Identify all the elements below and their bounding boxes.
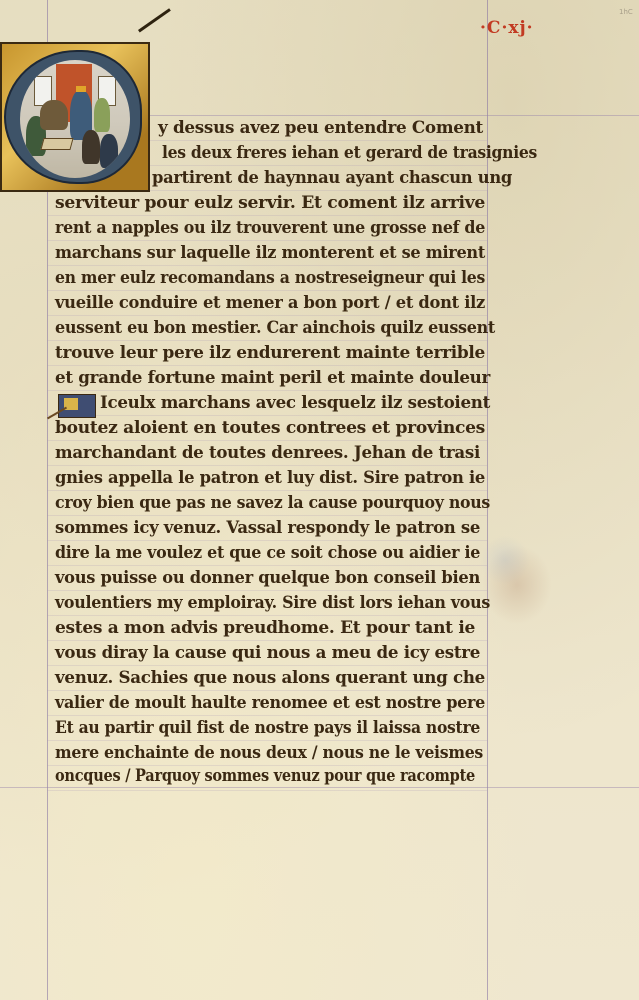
text-line: sommes icy venuz. Vassal respondy le pat… [55,518,480,537]
text-line: marchans sur laquelle ilz monterent et s… [55,243,485,262]
text-line: dire la me voulez et que ce soit chose o… [55,543,480,562]
text-line: vous diray la cause qui nous a meu de ic… [55,643,480,662]
text-line: oncques / Parquoy sommes venuz pour que … [55,766,475,785]
text-line: partirent de haynnau ayant chascun ung [152,168,512,187]
text-line: mere enchainte de nous deux / nous ne le… [55,743,483,762]
text-line: et grande fortune maint peril et mainte … [55,368,490,387]
text-line: serviteur pour eulz servir. Et coment il… [55,193,485,212]
text-line: rent a napples ou ilz trouverent une gro… [55,218,485,237]
text-line: vous puisse ou donner quelque bon consei… [55,568,480,587]
text-line: croy bien que pas ne savez la cause pour… [55,493,490,512]
text-line: valier de moult haulte renomee et est no… [55,693,485,712]
text-line: y dessus avez peu entendre Coment [158,118,483,137]
text-line: Iceulx marchans avec lesquelz ilz sestoi… [100,393,490,412]
text-line: gnies appella le patron et luy dist. Sir… [55,468,485,487]
text-line: Et au partir quil fist de nostre pays il… [55,718,480,737]
text-line: les deux freres iehan et gerard de trasi… [162,143,537,162]
text-line: estes a mon advis preudhome. Et pour tan… [55,618,475,637]
text-line: voulentiers my emploiray. Sire dist lors… [55,593,490,612]
text-line: eussent eu bon mestier. Car ainchois qui… [55,318,495,337]
text-column: y dessus avez peu entendre Coment les de… [0,0,639,1000]
text-line: venuz. Sachies que nous alons querant un… [55,668,485,687]
text-line: vueille conduire et mener a bon port / e… [55,293,485,312]
text-line: boutez aloient en toutes contrees et pro… [55,418,485,437]
text-line: en mer eulz recomandans a nostreseigneur… [55,268,485,287]
text-line: trouve leur pere ilz endurerent mainte t… [55,343,485,362]
text-line: marchandant de toutes denrees. Jehan de … [55,443,480,462]
